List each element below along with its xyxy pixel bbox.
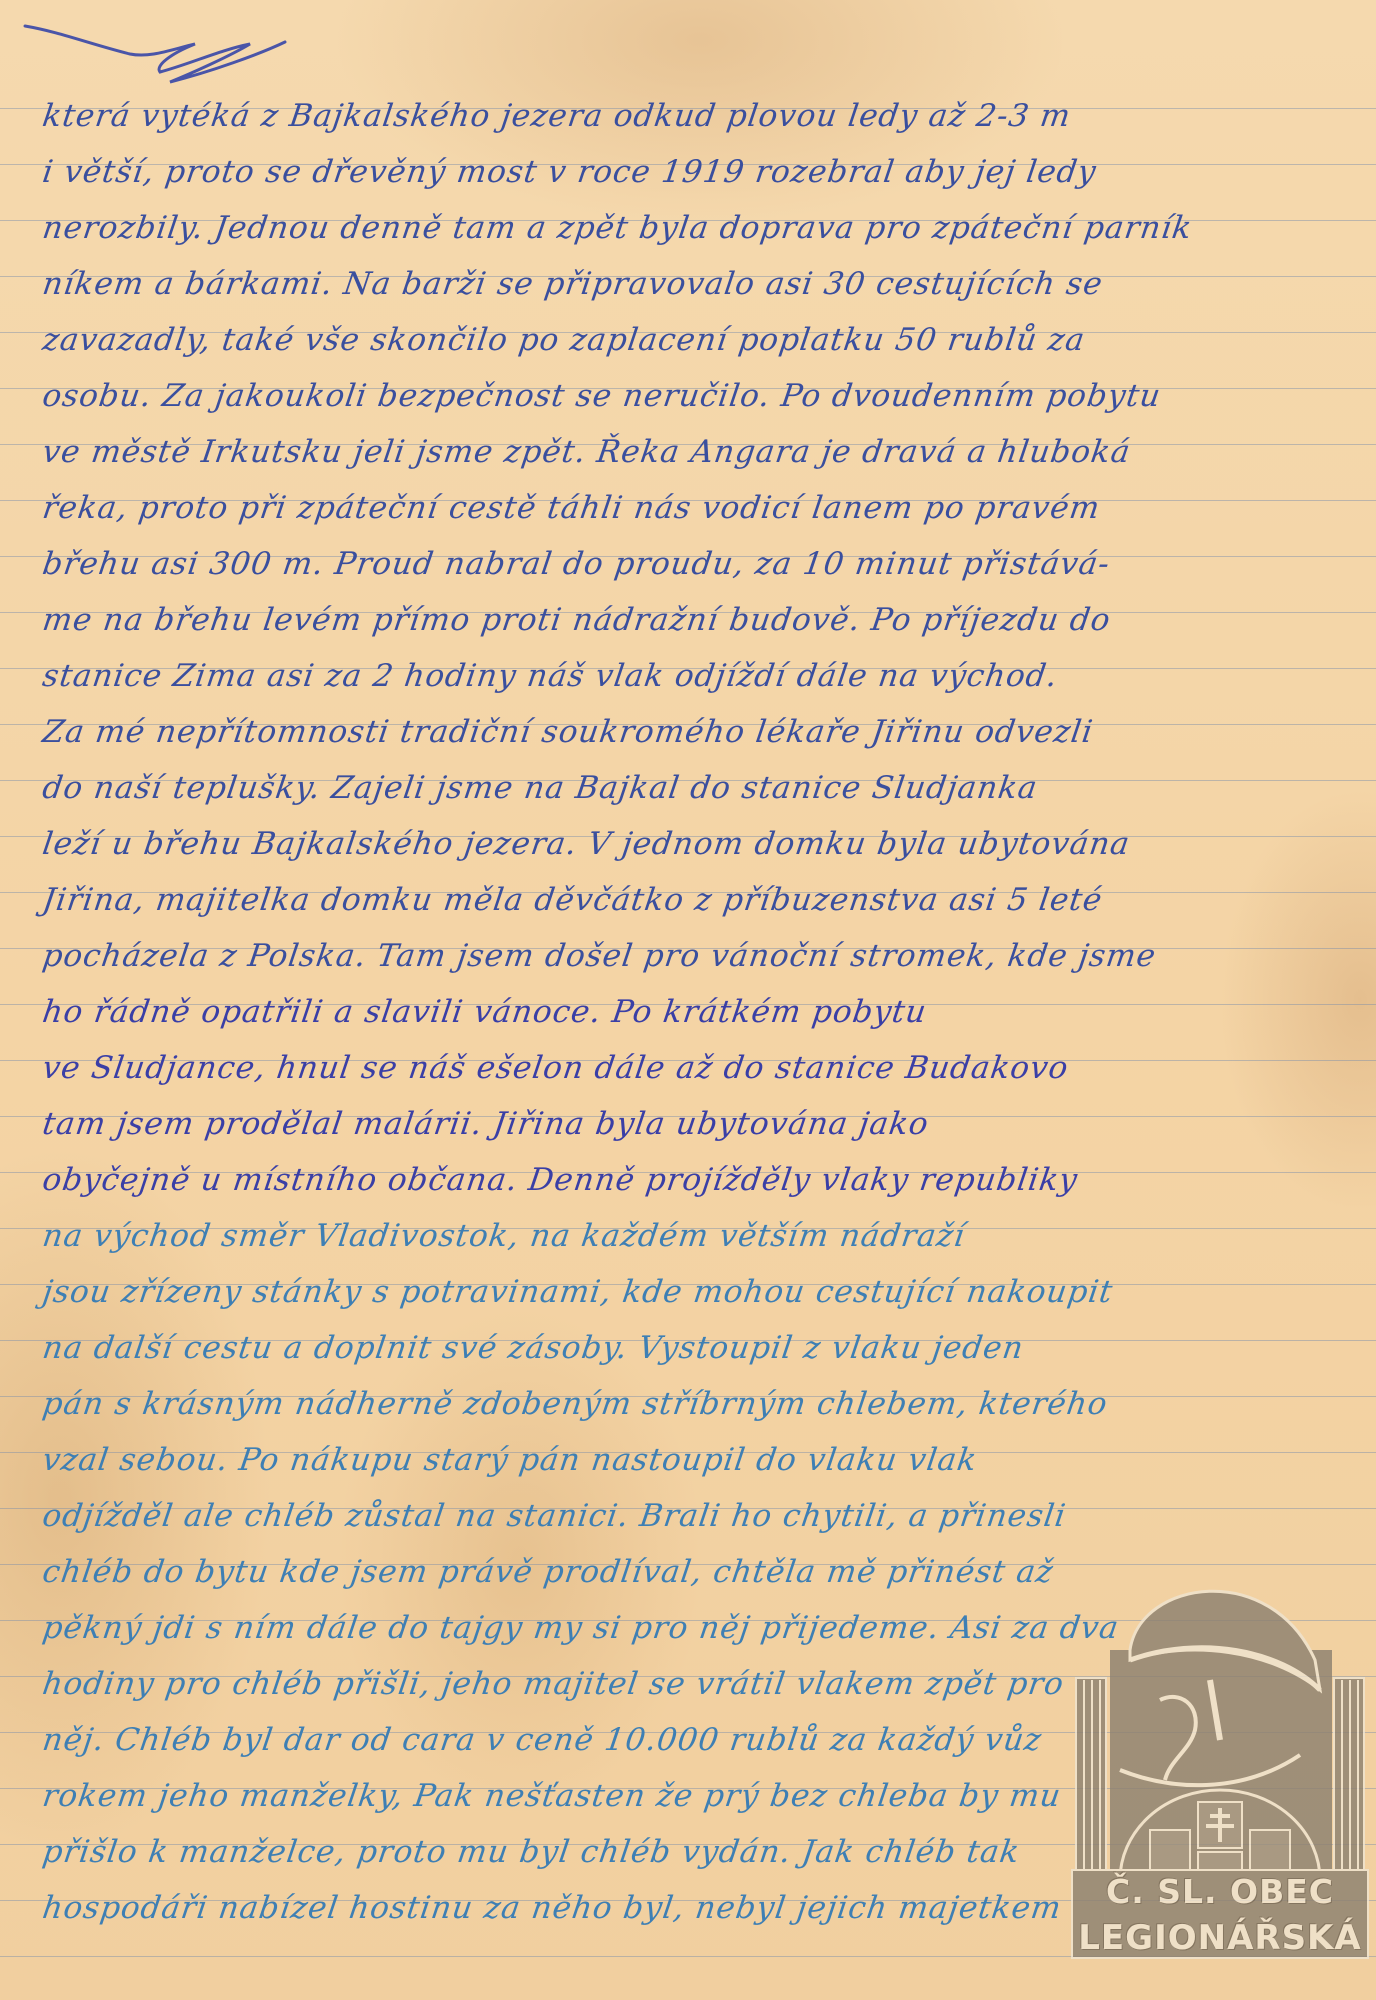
text-line: leží u břehu Bajkalského jezera. V jedno… xyxy=(40,824,1346,864)
text-line: obyčejně u místního občana. Denně projíž… xyxy=(40,1160,1346,1200)
text-line: která vytéká z Bajkalského jezera odkud … xyxy=(40,96,1346,136)
watermark-title: Č. SL. OBEC xyxy=(1070,1872,1370,1911)
text-line: vzal sebou. Po nákupu starý pán nastoupi… xyxy=(40,1440,1346,1480)
text-line: ho řádně opatřili a slavili vánoce. Po k… xyxy=(40,992,1346,1032)
text-line: odjížděl ale chléb zůstal na stanici. Br… xyxy=(40,1496,1346,1536)
text-line: osobu. Za jakoukoli bezpečnost se neruči… xyxy=(40,376,1346,416)
text-line: nerozbily. Jednou denně tam a zpět byla … xyxy=(40,208,1346,248)
text-line: jsou zřízeny stánky s potravinami, kde m… xyxy=(40,1272,1346,1312)
text-line: stanice Zima asi za 2 hodiny náš vlak od… xyxy=(40,656,1346,696)
text-line: břehu asi 300 m. Proud nabral do proudu,… xyxy=(40,544,1346,584)
text-line: tam jsem prodělal malárii. Jiřina byla u… xyxy=(40,1104,1346,1144)
text-line: pán s krásným nádherně zdobeným stříbrný… xyxy=(40,1384,1346,1424)
text-line: ve městě Irkutsku jeli jsme zpět. Řeka A… xyxy=(40,432,1346,472)
watermark-subtitle: LEGIONÁŘSKÁ xyxy=(1070,1918,1370,1958)
text-line: me na břehu levém přímo proti nádražní b… xyxy=(40,600,1346,640)
text-line: ve Sludjance, hnul se náš ešelon dále až… xyxy=(40,1048,1346,1088)
text-line: na východ směr Vladivostok, na každém vě… xyxy=(40,1216,1346,1256)
signature-scribble-icon xyxy=(20,14,300,84)
text-line: na další cestu a doplnit své zásoby. Vys… xyxy=(40,1328,1346,1368)
text-line: řeka, proto při zpáteční cestě táhli nás… xyxy=(40,488,1346,528)
legion-watermark: Č. SL. OBEC LEGIONÁŘSKÁ xyxy=(1070,1540,1370,1960)
text-line: pocházela z Polska. Tam jsem došel pro v… xyxy=(40,936,1346,976)
paper-page: která vytéká z Bajkalského jezera odkud … xyxy=(0,0,1376,2000)
text-line: Jiřina, majitelka domku měla děvčátko z … xyxy=(40,880,1346,920)
text-line: níkem a bárkami. Na barži se připravoval… xyxy=(40,264,1346,304)
text-line: zavazadly, také vše skončilo po zaplacen… xyxy=(40,320,1346,360)
text-line: i větší, proto se dřevěný most v roce 19… xyxy=(40,152,1346,192)
text-line: do naší teplušky. Zajeli jsme na Bajkal … xyxy=(40,768,1346,808)
text-line: Za mé nepřítomnosti tradiční soukromého … xyxy=(40,712,1346,752)
